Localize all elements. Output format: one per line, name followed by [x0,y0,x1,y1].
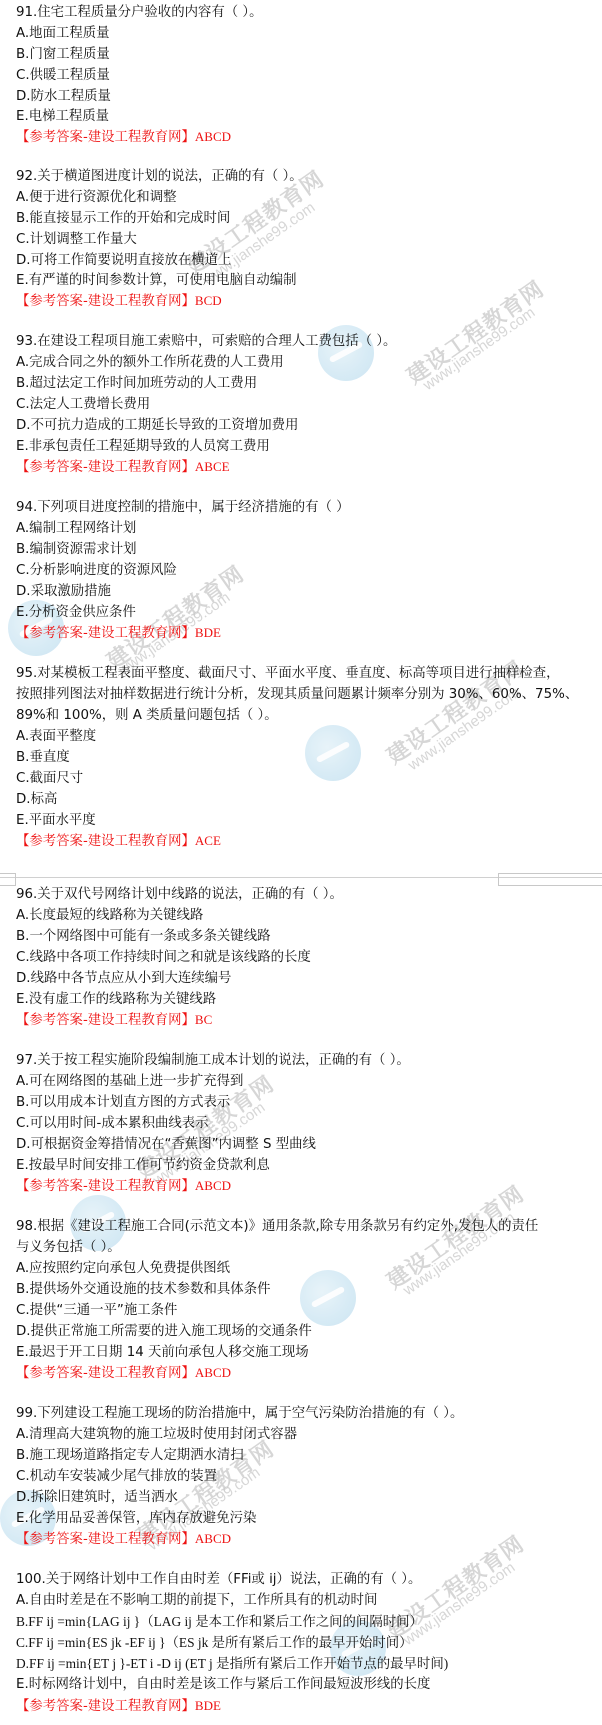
answer-line: 【参考答案-建设工程教育网】BCD [16,291,222,312]
option-c: C.机动车安装减少尾气排放的装置 [16,1467,217,1487]
option-e: E.时标网络计划中，自由时差是该工作与紧后工作间最短波形线的长度 [16,1675,430,1695]
question-stem: 89%和 100%，则 A 类质量问题包括（ ）。 [16,706,278,726]
option-b: B.超过法定工作时间加班劳动的人工费用 [16,374,257,394]
answer-line: 【参考答案-建设工程教育网】BDE [16,1696,221,1717]
page-corner-mark-left [0,873,16,886]
option-d: D.采取激励措施 [16,582,111,602]
answer-line: 【参考答案-建设工程教育网】ABCE [16,457,230,478]
answer-value: ABCD [195,1365,231,1380]
option-a: A.完成合同之外的额外工作所花费的人工费用 [16,353,284,373]
answer-value: BC [195,1012,212,1027]
option-a: A.编制工程网络计划 [16,519,136,539]
answer-line: 【参考答案-建设工程教育网】ABCD [16,1176,231,1197]
answer-label: 【参考答案-建设工程教育网】 [16,460,195,475]
watermark-logo-icon [305,725,361,781]
watermark-site-name: 建设工程教育网 [400,273,550,391]
answer-line: 【参考答案-建设工程教育网】ACE [16,831,221,852]
option-e: E.化学用品妥善保管，库内存放避免污染 [16,1509,256,1529]
option-b: B.垂直度 [16,748,70,768]
option-a: A.可在网络图的基础上进一步扩充得到 [16,1072,243,1092]
question-stem: 按照排列图法对抽样数据进行统计分析，发现其质量问题累计频率分别为 30%、60%… [16,685,578,705]
option-c: C.供暖工程质量 [16,66,110,86]
answer-label: 【参考答案-建设工程教育网】 [16,1699,195,1714]
option-c: C.截面尺寸 [16,769,83,789]
option-e: E.有严谨的时间参数计算，可使用电脑自动编制 [16,271,297,291]
answer-line: 【参考答案-建设工程教育网】ABCD [16,1363,231,1384]
question-stem: 96.关于双代号网络计划中线路的说法，正确的有（ ）。 [16,885,343,905]
answer-label: 【参考答案-建设工程教育网】 [16,130,195,145]
answer-label: 【参考答案-建设工程教育网】 [16,834,195,849]
option-a: A.自由时差是在不影响工期的前提下，工作所具有的机动时间 [16,1591,377,1611]
option-a: A.长度最短的线路称为关键线路 [16,906,203,926]
option-b: B.提供场外交通设施的技术参数和具体条件 [16,1280,270,1300]
option-a: A.便于进行资源优化和调整 [16,188,176,208]
option-b: B.FF ij =min{LAG ij }（LAG ij 是本工作和紧后工作之间… [16,1612,423,1632]
option-e: E.平面水平度 [16,811,96,831]
option-b: B.施工现场道路指定专人定期洒水清扫 [16,1446,244,1466]
option-c: C.法定人工费增长费用 [16,395,150,415]
question-stem: 92.关于横道图进度计划的说法，正确的有（ ）。 [16,167,303,187]
answer-value: ABCE [195,459,230,474]
question-stem: 97.关于按工程实施阶段编制施工成本计划的说法，正确的有（ ）。 [16,1051,410,1071]
question-stem: 98.根据《建设工程施工合同(示范文本)》通用条款,除专用条款另有约定外,发包人… [16,1217,538,1237]
option-e: E.没有虚工作的线路称为关键线路 [16,990,216,1010]
option-b: B.编制资源需求计划 [16,540,137,560]
option-d: D.标高 [16,790,57,810]
question-stem: 93.在建设工程项目施工索赔中，可索赔的合理人工费包括（ ）。 [16,332,396,352]
question-stem: 91.住宅工程质量分户验收的内容有（ ）。 [16,3,263,23]
option-d: D.提供正常施工所需要的进入施工现场的交通条件 [16,1322,312,1342]
answer-line: 【参考答案-建设工程教育网】BDE [16,623,221,644]
option-a: A.地面工程质量 [16,24,110,44]
question-stem: 95.对某模板工程表面平整度、截面尺寸、平面水平度、垂直度、标高等项目进行抽样检… [16,664,560,684]
option-e: E.电梯工程质量 [16,107,109,127]
answer-label: 【参考答案-建设工程教育网】 [16,1532,195,1547]
document-page: 建设工程教育网 www.jianshe99.com 建设工程教育网 www.ji… [0,0,602,1725]
watermark-logo-icon [300,1270,356,1326]
option-a: A.表面平整度 [16,727,96,747]
option-c: C.可以用时间-成本累积曲线表示 [16,1114,209,1134]
option-e: E.分析资金供应条件 [16,603,136,623]
answer-line: 【参考答案-建设工程教育网】BC [16,1010,212,1031]
option-e: E.最迟于开工日期 14 天前向承包人移交施工现场 [16,1343,309,1363]
option-d: D.可根据资金筹措情况在“香蕉图”内调整 S 型曲线 [16,1135,316,1155]
option-a: A.清理高大建筑物的施工垃圾时使用封闭式容器 [16,1425,297,1445]
option-c: C.FF ij =min{ES jk -EF ij }（ES jk 是所有紧后工… [16,1633,413,1653]
answer-label: 【参考答案-建设工程教育网】 [16,294,195,309]
option-b: B.能直接显示工作的开始和完成时间 [16,209,230,229]
answer-line: 【参考答案-建设工程教育网】ABCD [16,127,231,148]
option-c: C.计划调整工作量大 [16,230,137,250]
answer-value: BCD [195,293,222,308]
page-corner-mark-right [498,873,602,886]
answer-value: ABCD [195,1531,231,1546]
answer-label: 【参考答案-建设工程教育网】 [16,1366,195,1381]
option-c: C.分析影响进度的资源风险 [16,561,177,581]
option-e: E.按最早时间安排工作可节约资金贷款利息 [16,1156,270,1176]
option-c: C.线路中各项工作持续时间之和就是该线路的长度 [16,948,311,968]
option-d: D.FF ij =min{ET j }-ET i -D ij (ET j 是指所… [16,1654,448,1674]
option-d: D.可将工作简要说明直接放在横道上 [16,251,231,271]
question-stem: 100.关于网络计划中工作自由时差（FFi或 ij）说法，正确的有（ ）。 [16,1570,421,1590]
option-e: E.非承包责任工程延期导致的人员窝工费用 [16,437,270,457]
option-a: A.应按照约定向承包人免费提供图纸 [16,1259,230,1279]
option-d: D.拆除旧建筑时，适当洒水 [16,1488,178,1508]
answer-value: ABCD [195,1178,231,1193]
option-d: D.线路中各节点应从小到大连续编号 [16,969,231,989]
answer-value: ABCD [195,129,231,144]
option-b: B.门窗工程质量 [16,45,110,65]
answer-value: ACE [195,833,221,848]
question-stem: 99.下列建设工程施工现场的防治措施中，属于空气污染防治措施的有（ ）。 [16,1404,463,1424]
option-b: B.一个网络图中可能有一条或多条关键线路 [16,927,270,947]
answer-line: 【参考答案-建设工程教育网】ABCD [16,1529,231,1550]
answer-label: 【参考答案-建设工程教育网】 [16,1013,195,1028]
option-c: C.提供“三通一平”施工条件 [16,1301,177,1321]
watermark-url: www.jianshe99.com [420,304,538,394]
option-b: B.可以用成本计划直方图的方式表示 [16,1093,230,1113]
question-stem: 94.下列项目进度控制的措施中，属于经济措施的有（ ） [16,498,350,518]
answer-value: BDE [195,1698,221,1713]
answer-label: 【参考答案-建设工程教育网】 [16,626,195,641]
answer-label: 【参考答案-建设工程教育网】 [16,1179,195,1194]
answer-value: BDE [195,625,221,640]
option-d: D.防水工程质量 [16,87,111,107]
question-stem: 与义务包括（ ）。 [16,1238,121,1258]
option-d: D.不可抗力造成的工期延长导致的工资增加费用 [16,416,298,436]
